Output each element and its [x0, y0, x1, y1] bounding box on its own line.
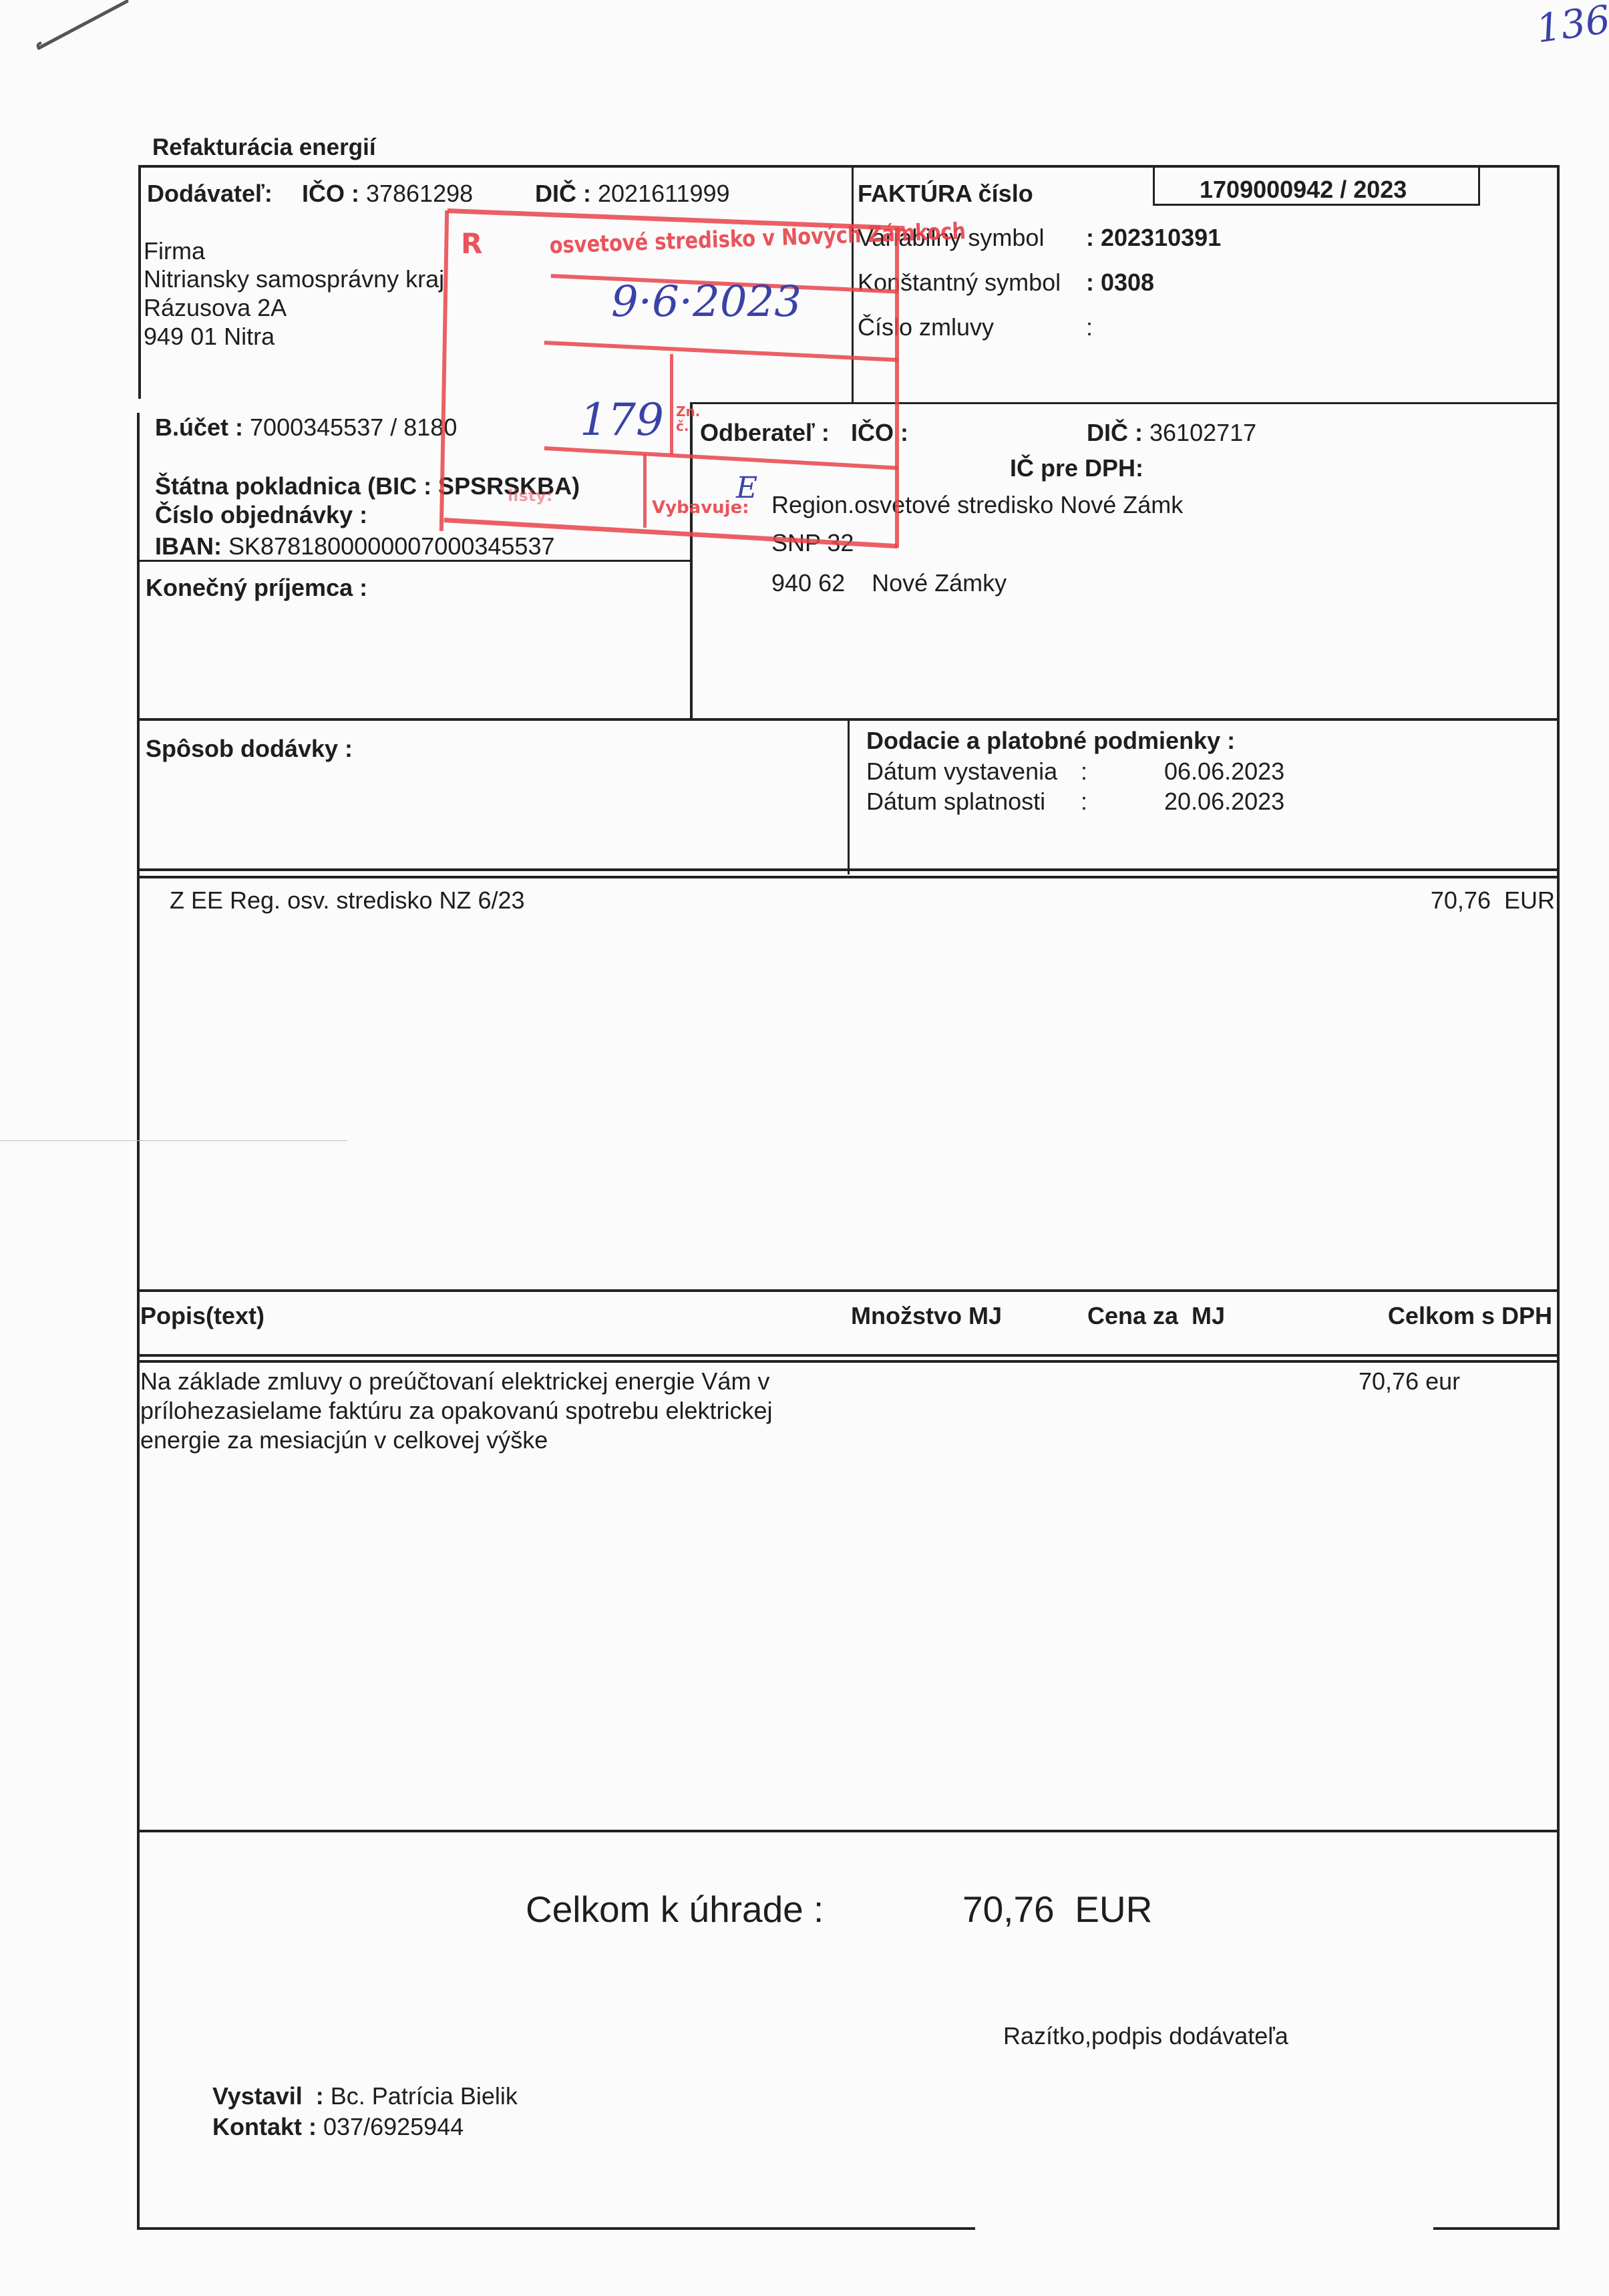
- stamp-divider-1: [670, 354, 673, 454]
- page-mark-handwritten: 136: [1534, 0, 1609, 51]
- divider-items-bottom: [138, 1830, 1558, 1832]
- divider-delivery-mid: [848, 719, 850, 874]
- variable-symbol-value: : 202310391: [1086, 226, 1221, 250]
- contract-number-value: :: [1086, 315, 1093, 339]
- border-bottom-left: [137, 2227, 975, 2230]
- item-total: 70,76 eur: [1359, 1369, 1460, 1393]
- contact-value: 037/6925944: [323, 2113, 464, 2140]
- stamp-signature-label: Razítko,podpis dodávateľa: [1003, 2024, 1288, 2048]
- summary-amount: 70,76 EUR: [1431, 888, 1555, 913]
- delivery-terms-label: Dodacie a platobné podmienky :: [866, 729, 1235, 753]
- stamp-small-label: Zn. č.: [676, 404, 692, 434]
- issue-date-label: Dátum vystavenia: [866, 760, 1057, 784]
- col-header-quantity: Množstvo MJ: [851, 1304, 1002, 1328]
- border-left: [137, 413, 140, 2230]
- divider-summary-top-2: [138, 876, 1558, 878]
- bank-account-label: B.účet :: [155, 414, 243, 441]
- border-right: [1557, 165, 1560, 2229]
- stamp-date-handwritten: 9·6·2023: [611, 277, 801, 327]
- supplier-address-2: Nitriansky samosprávny kraj: [144, 267, 444, 291]
- item-description-line-1: Na základe zmluvy o preúčtovaní elektric…: [140, 1369, 769, 1393]
- invoice-number: 1709000942 / 2023: [1200, 178, 1407, 202]
- due-date-label: Dátum splatnosti: [866, 790, 1045, 814]
- divider-summary-top-1: [138, 868, 1558, 871]
- item-description-line-2: prílohezasielame faktúru za opakovanú sp…: [140, 1399, 773, 1423]
- supplier-address-4: 949 01 Nitra: [144, 325, 275, 349]
- stamp-line-date: [544, 341, 898, 362]
- supplier-header: Dodávateľ: IČO : 37861298: [147, 182, 473, 206]
- customer-name: Region.osvetové stredisko Nové Zámk: [771, 493, 1183, 517]
- document-title: Refakturácia energií: [152, 136, 376, 159]
- delivery-method-label: Spôsob dodávky :: [146, 737, 353, 761]
- customer-ico-label: IČO :: [851, 419, 908, 446]
- customer-dic-value: 36102717: [1149, 419, 1256, 446]
- bank-account-value: 7000345537 / 8180: [250, 414, 457, 441]
- stamp-line-number: [544, 446, 898, 470]
- col-header-unit-price: Cena za MJ: [1087, 1304, 1225, 1328]
- contract-number-label: Číslo zmluvy: [858, 315, 994, 339]
- customer-label: Odberateľ :: [700, 419, 830, 446]
- iban-label: IBAN:: [155, 532, 222, 560]
- iban-value: SK8781800000007000345537: [228, 532, 555, 560]
- supplier-ico: 37861298: [366, 180, 473, 207]
- issue-date-colon: :: [1081, 760, 1087, 784]
- customer-dic: DIČ : 36102717: [1087, 421, 1256, 445]
- divider-items-header-bottom-2: [138, 1360, 1558, 1363]
- divider-items-header-top: [138, 1289, 1558, 1292]
- stamp-divider-2: [643, 454, 647, 528]
- stamp-label-vybavuje: Vybavuje:: [652, 498, 749, 518]
- stamp-header-prefix: R: [461, 227, 482, 260]
- issued-by-label: Vystavil :: [212, 2082, 324, 2110]
- border-bottom-right: [1433, 2227, 1560, 2230]
- final-recipient-label: Konečný príjemca :: [146, 576, 367, 600]
- constant-symbol-value: : 0308: [1086, 271, 1154, 295]
- supplier-dic: DIČ : 2021611999: [535, 182, 730, 206]
- divider-items-header-bottom-1: [138, 1354, 1558, 1357]
- supplier-address-3: Rázusova 2A: [144, 296, 287, 320]
- divider-invoice-bottom: [691, 402, 1558, 404]
- iban: IBAN: SK8781800000007000345537: [155, 534, 555, 558]
- stamp-label-listy: listy:: [508, 486, 552, 505]
- customer-dic-label: DIČ :: [1087, 419, 1143, 446]
- col-header-total: Celkom s DPH: [1388, 1304, 1552, 1328]
- item-description-line-3: energie za mesiacjún v celkovej výške: [140, 1428, 548, 1452]
- supplier-ico-label: IČO :: [302, 180, 359, 207]
- issued-by-value: Bc. Patrícia Bielik: [331, 2082, 518, 2110]
- fold-line: [0, 1140, 347, 1141]
- supplier-address-1: Firma: [144, 239, 205, 263]
- pencil-mark: [27, 0, 134, 53]
- customer-city: 940 62 Nové Zámky: [771, 571, 1007, 595]
- col-header-description: Popis(text): [140, 1304, 264, 1328]
- divider-supplier-invoice: [852, 165, 854, 404]
- divider-iban-bottom: [138, 560, 691, 562]
- total-label: Celkom k úhrade :: [526, 1888, 824, 1931]
- invoice-label: FAKTÚRA číslo: [858, 182, 1033, 206]
- customer-vat-label: IČ pre DPH:: [1010, 456, 1143, 480]
- bank-account: B.účet : 7000345537 / 8180: [155, 416, 457, 440]
- contact: Kontakt : 037/6925944: [212, 2115, 464, 2139]
- customer-header: Odberateľ : IČO :: [700, 421, 908, 445]
- supplier-dic-label: DIČ :: [535, 180, 591, 207]
- supplier-dic-value: 2021611999: [598, 180, 730, 207]
- issue-date-value: 06.06.2023: [1164, 760, 1284, 784]
- stamp-initial-handwritten: E: [736, 471, 757, 505]
- stamp-border-right: [895, 227, 899, 548]
- summary-text: Z EE Reg. osv. stredisko NZ 6/23: [170, 888, 525, 913]
- due-date-colon: :: [1081, 790, 1087, 814]
- contact-label: Kontakt :: [212, 2113, 317, 2140]
- total-amount: 70,76 EUR: [962, 1888, 1152, 1931]
- due-date-value: 20.06.2023: [1164, 790, 1284, 814]
- supplier-label: Dodávateľ:: [147, 180, 273, 207]
- issued-by: Vystavil : Bc. Patrícia Bielik: [212, 2084, 518, 2108]
- stamp-number-handwritten: 179: [580, 394, 664, 446]
- order-number-label: Číslo objednávky :: [155, 503, 367, 527]
- border-left-upper: [138, 165, 141, 399]
